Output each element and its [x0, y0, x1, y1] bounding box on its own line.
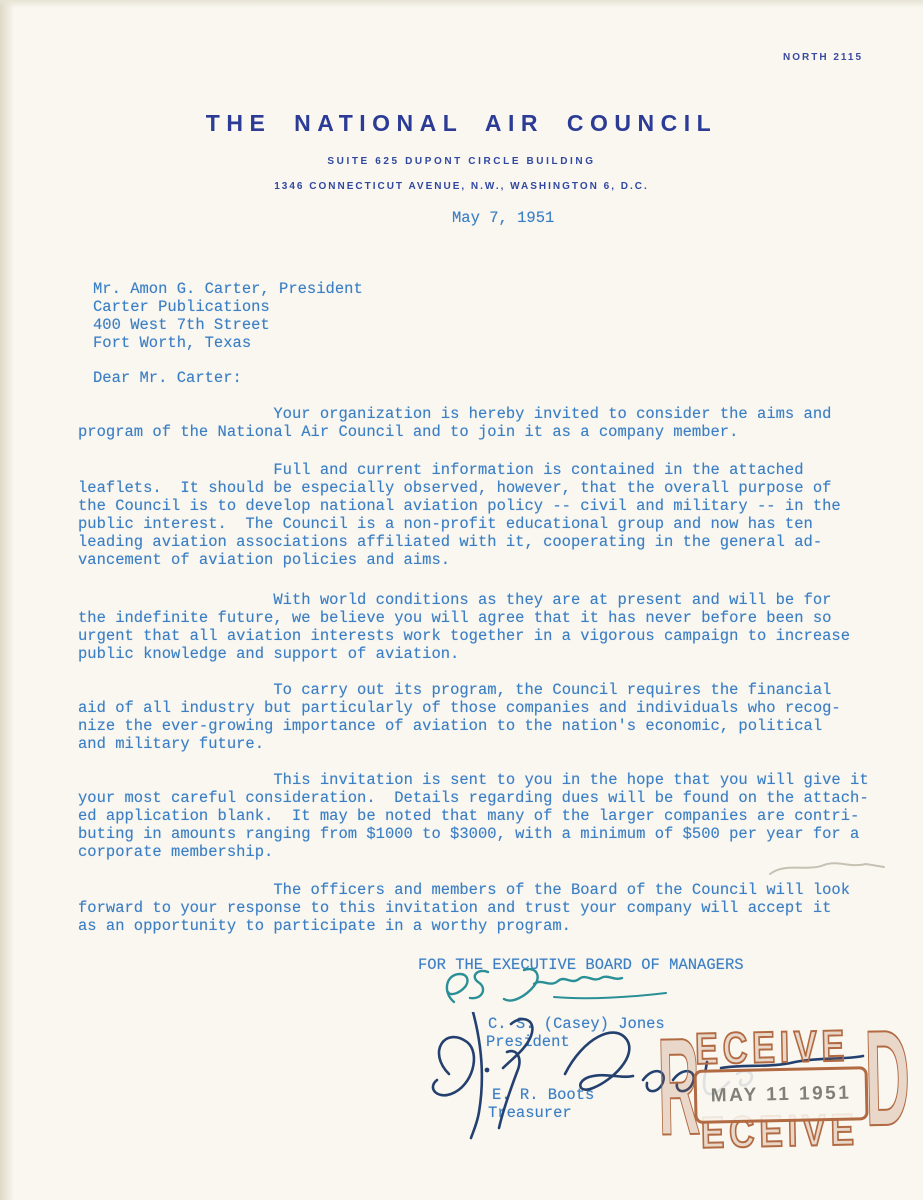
- pencil-mark: [766, 856, 888, 882]
- stamp-letter-d: D: [863, 1023, 910, 1132]
- letter-page: NORTH 2115 THE NATIONAL AIR COUNCIL SUIT…: [0, 0, 923, 1200]
- stamp-date-box: MAY 11 1951: [694, 1066, 869, 1124]
- letterhead-phone: NORTH 2115: [783, 52, 863, 63]
- stamp-word-top: ECEIVE: [695, 1027, 850, 1070]
- paragraph-3: With world conditions as they are at pre…: [78, 591, 908, 663]
- paragraph-6: The officers and members of the Board of…: [78, 881, 908, 935]
- paragraph-5: This invitation is sent to you in the ho…: [78, 771, 918, 861]
- letterhead-address-street: 1346 CONNECTICUT AVENUE, N.W., WASHINGTO…: [0, 181, 923, 192]
- paragraph-4: To carry out its program, the Council re…: [78, 681, 908, 753]
- letter-date: May 7, 1951: [452, 209, 554, 227]
- jones-signature: [438, 966, 690, 1012]
- letterhead-address-suite: SUITE 625 DUPONT CIRCLE BUILDING: [0, 156, 923, 167]
- received-stamp: R ECEIVE D ECEIVE MAY 11 1951: [657, 1023, 910, 1160]
- paragraph-1: Your organization is hereby invited to c…: [78, 405, 908, 441]
- letterhead-title: THE NATIONAL AIR COUNCIL: [0, 110, 923, 137]
- paragraph-2: Full and current information is containe…: [78, 461, 908, 569]
- recipient-address: Mr. Amon G. Carter, President Carter Pub…: [93, 280, 363, 352]
- stamp-date: MAY 11 1951: [711, 1083, 852, 1108]
- salutation: Dear Mr. Carter:: [93, 369, 242, 387]
